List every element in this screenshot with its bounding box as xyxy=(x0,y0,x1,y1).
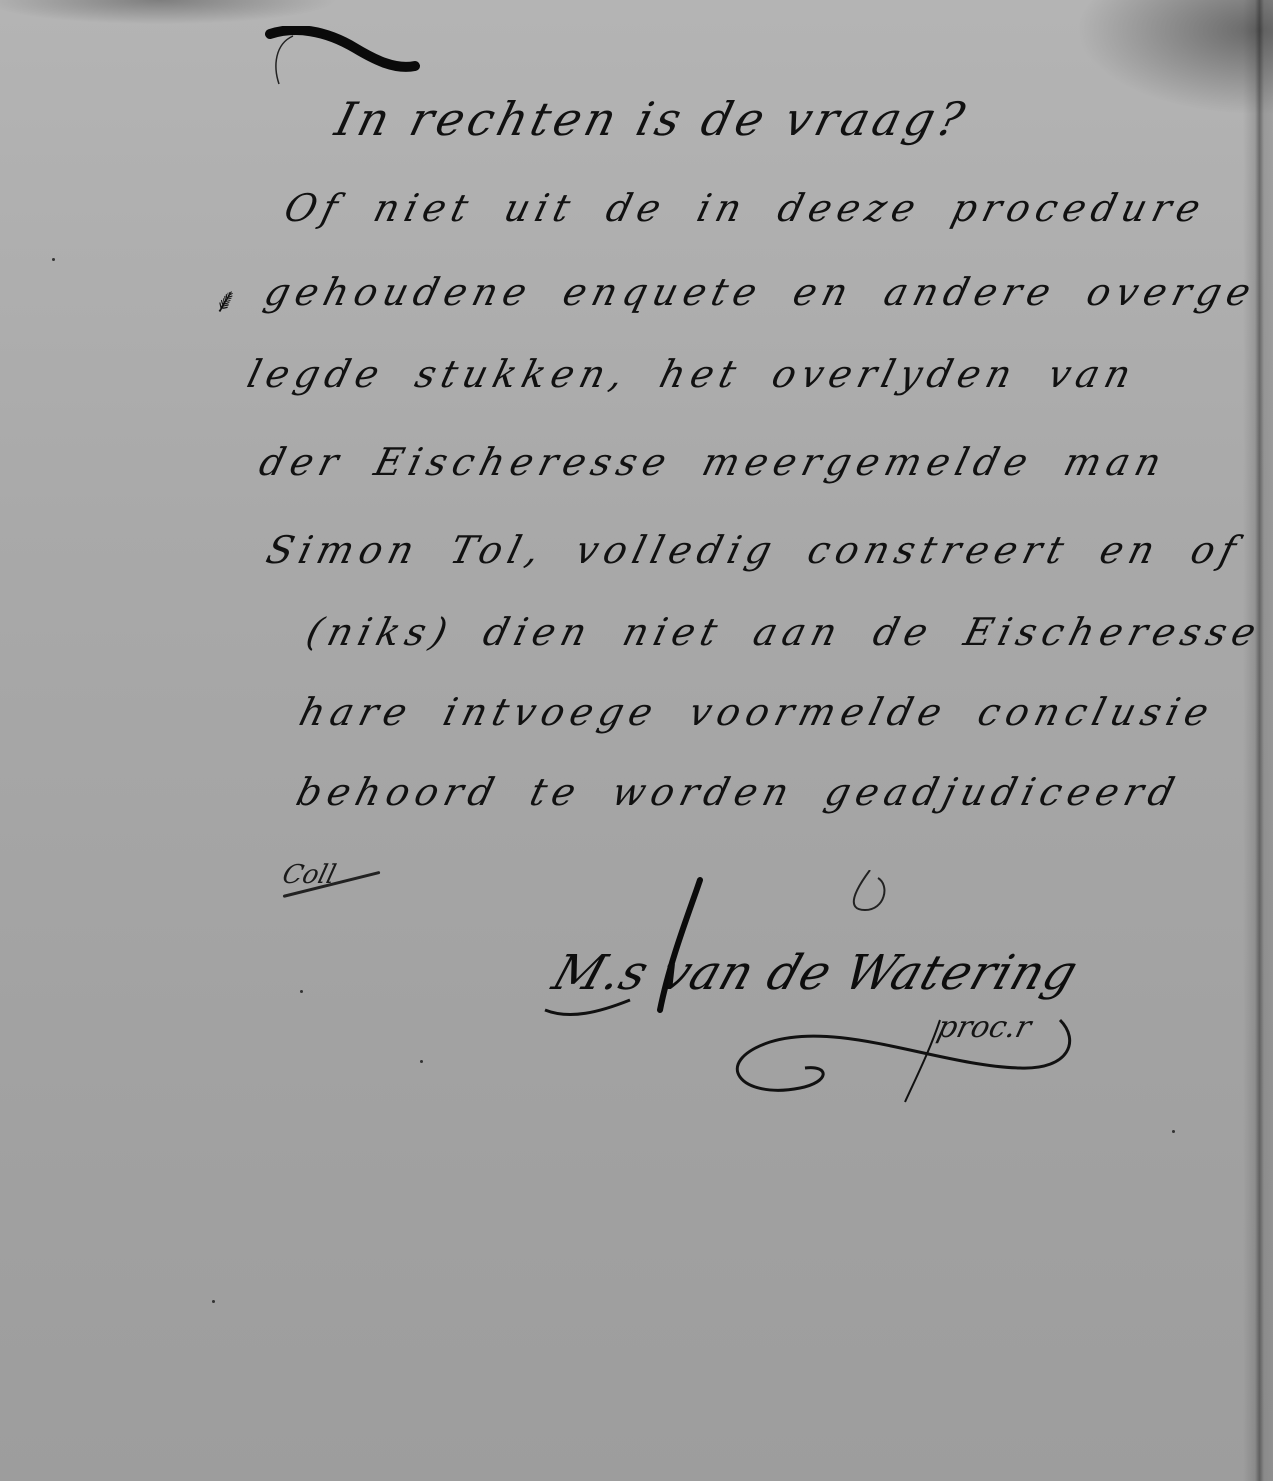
paper-speck xyxy=(1172,1130,1175,1133)
text-line-4: der Eischeresse meergemelde man xyxy=(255,440,1172,484)
text-line-3: legde stukken, het overlyden van xyxy=(243,352,1141,396)
document-heading: In rechten is de vraag? xyxy=(330,92,974,146)
manuscript-page: In rechten is de vraag? ⸙ Of niet uit de… xyxy=(0,0,1273,1481)
margin-mark: ⸙ xyxy=(213,276,239,322)
capital-flourish-icon xyxy=(265,26,425,86)
text-line-7: hare intvoege voormelde conclusie xyxy=(295,690,1219,734)
paper-speck xyxy=(420,1060,423,1063)
signature-title: proc.r xyxy=(934,1010,1035,1045)
text-line-1: Of niet uit de in deeze procedure xyxy=(280,186,1211,230)
page-edge-shadow xyxy=(1243,0,1273,1481)
text-line-2: gehoudene enquete en andere overge xyxy=(260,270,1261,314)
signature-name: M.s van de Watering xyxy=(546,945,1085,1001)
paper-speck xyxy=(212,1300,215,1303)
text-line-5: Simon Tol, volledig constreert en of xyxy=(262,528,1246,572)
paper-speck xyxy=(52,258,55,261)
text-line-8: behoord te worden geadjudiceerd xyxy=(292,770,1185,814)
text-line-6: (niks) dien niet aan de Eischeresse xyxy=(302,610,1266,654)
paper-speck xyxy=(300,990,303,993)
